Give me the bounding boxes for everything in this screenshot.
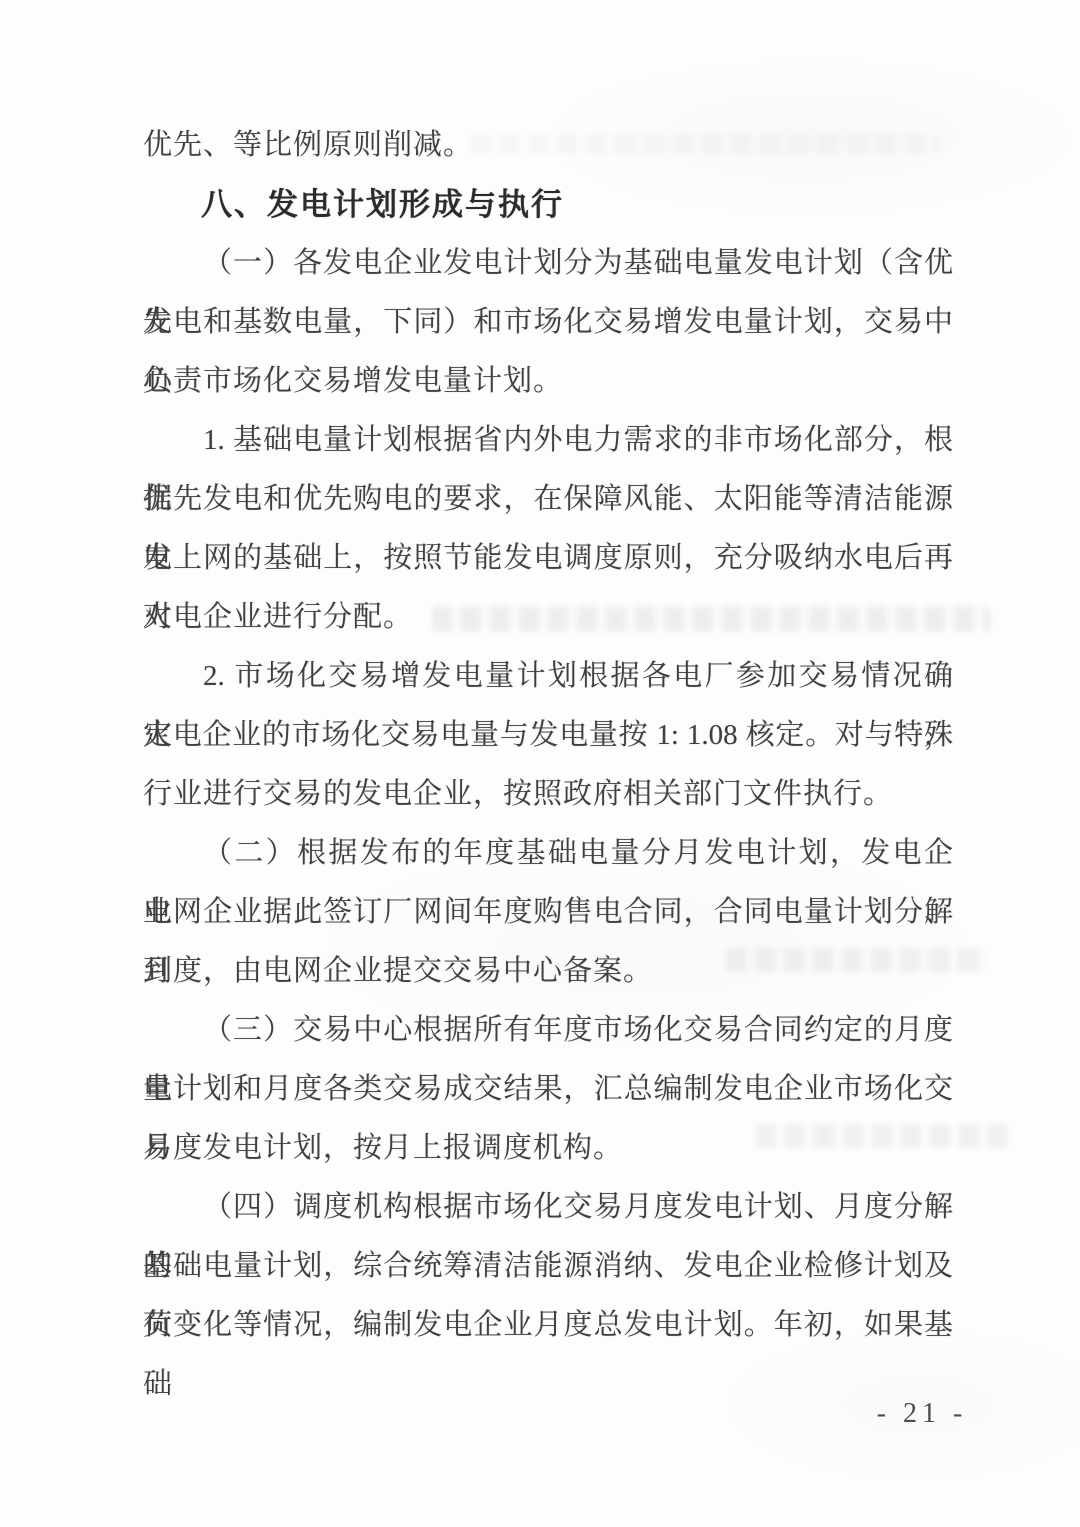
text-line: 量计划和月度各类交易成交结果，汇总编制发电企业市场化交易 bbox=[143, 1060, 953, 1119]
text-line: （四）调度机构根据市场化交易月度发电计划、月度分解的 bbox=[143, 1178, 953, 1237]
text-line: 2. 市场化交易增发电量计划根据各电厂参加交易情况确定， bbox=[143, 647, 953, 706]
text-line: 发电和基数电量，下同）和市场化交易增发电量计划，交易中心 bbox=[143, 293, 953, 352]
document-text-block: 优先、等比例原则削减。八、发电计划形成与执行（一）各发电企业发电计划分为基础电量… bbox=[143, 116, 953, 1355]
text-line: 火电企业的市场化交易电量与发电量按 1: 1.08 核定。对与特殊 bbox=[143, 706, 953, 765]
text-line: （三）交易中心根据所有年度市场化交易合同约定的月度电 bbox=[143, 1001, 953, 1060]
document-page: 优先、等比例原则削减。八、发电计划形成与执行（一）各发电企业发电计划分为基础电量… bbox=[0, 0, 1080, 1527]
text-line: 月度发电计划，按月上报调度机构。 bbox=[143, 1119, 953, 1178]
text-line: （一）各发电企业发电计划分为基础电量发电计划（含优先 bbox=[143, 234, 953, 293]
text-line: 荷变化等情况，编制发电企业月度总发电计划。年初，如果基础 bbox=[143, 1296, 953, 1355]
text-line: 电网企业据此签订厂网间年度购售电合同，合同电量计划分解到 bbox=[143, 883, 953, 942]
text-line: 行业进行交易的发电企业，按照政府相关部门文件执行。 bbox=[143, 765, 953, 824]
text-line: 电上网的基础上，按照节能发电调度原则，充分吸纳水电后再对 bbox=[143, 529, 953, 588]
section-heading: 八、发电计划形成与执行 bbox=[143, 175, 953, 234]
text-line: 优先、等比例原则削减。 bbox=[143, 116, 953, 175]
text-line: 负责市场化交易增发电量计划。 bbox=[143, 352, 953, 411]
text-line: 1. 基础电量计划根据省内外电力需求的非市场化部分，根据 bbox=[143, 411, 953, 470]
text-line: 火电企业进行分配。 bbox=[143, 588, 953, 647]
text-line: （二）根据发布的年度基础电量分月发电计划，发电企业、 bbox=[143, 824, 953, 883]
text-line: 基础电量计划，综合统筹清洁能源消纳、发电企业检修计划及负 bbox=[143, 1237, 953, 1296]
text-line: 月度，由电网企业提交交易中心备案。 bbox=[143, 942, 953, 1001]
text-line: 优先发电和优先购电的要求，在保障风能、太阳能等清洁能源发 bbox=[143, 470, 953, 529]
page-number: - 21 - bbox=[862, 1398, 982, 1430]
